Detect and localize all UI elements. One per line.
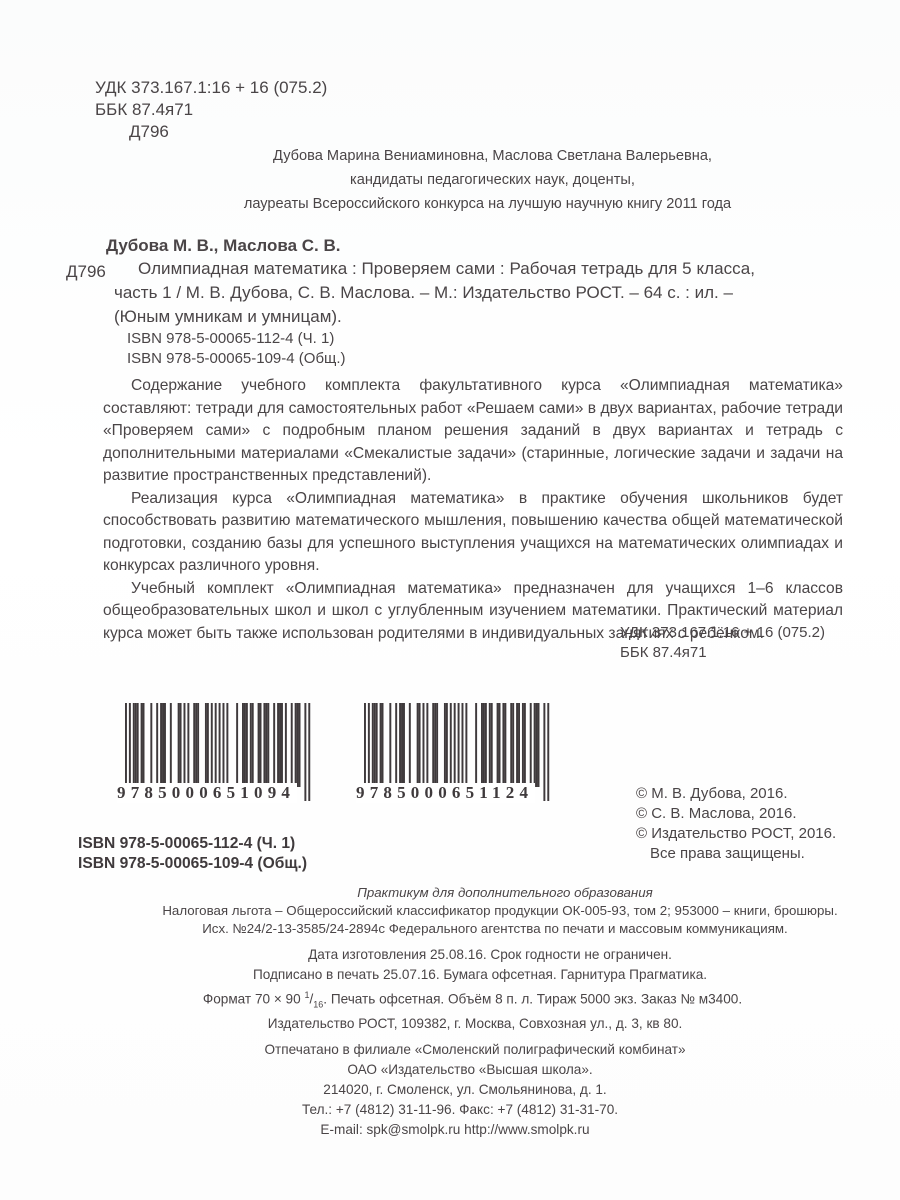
authors-awards: лауреаты Всероссийского конкурса на лучш…: [0, 192, 900, 216]
book-imprint-page: УДК 373.167.1:16 + 16 (075.2) ББК 87.4я7…: [0, 0, 900, 1200]
copyright-line: © Издательство РОСТ, 2016.: [636, 824, 836, 844]
format-suffix: . Печать офсетная. Объём 8 п. л. Тираж 5…: [323, 992, 742, 1007]
copyright-line: © М. В. Дубова, 2016.: [636, 784, 836, 804]
classification-top: УДК 373.167.1:16 + 16 (075.2) ББК 87.4я7…: [95, 77, 327, 143]
bibliography-isbn-part: ISBN 978-5-00065-112-4 (Ч. 1): [114, 329, 755, 349]
annotation-paragraph: Содержание учебного комплекта факультати…: [103, 375, 843, 488]
bibliography-record: Олимпиадная математика : Проверяем сами …: [114, 257, 755, 369]
printer-address: 214020, г. Смоленск, ул. Смольянинова, д…: [0, 1080, 900, 1100]
annotation-paragraph: Реализация курса «Олимпиадная математика…: [103, 488, 843, 578]
tax-note: Налоговая льгота – Общероссийский класси…: [0, 902, 900, 920]
bbk-code-right: ББК 87.4я71: [620, 643, 825, 663]
authors-note: Дубова Марина Вениаминовна, Маслова Свет…: [0, 144, 900, 216]
bibliography-authors: Дубова М. В., Маслова С. В.: [106, 236, 340, 256]
agency-reference: Исх. №24/2-13-3585/24-2894с Федерального…: [0, 920, 900, 938]
copyright-block: © М. В. Дубова, 2016. © С. В. Маслова, 2…: [636, 784, 836, 864]
series-note: Практикум для дополнительного образовани…: [0, 884, 900, 902]
classification-right: УДК 373.167.1:16 + 16 (075.2) ББК 87.4я7…: [620, 623, 825, 663]
signed-to-print: Подписано в печать 25.07.16. Бумага офсе…: [0, 965, 900, 985]
barcode-isbn-total: 9785000651124: [356, 703, 551, 803]
barcode-isbn-part: 9785000651094: [117, 703, 312, 803]
copyright-line: © С. В. Маслова, 2016.: [636, 804, 836, 824]
isbn-total: ISBN 978-5-00065-109-4 (Общ.): [78, 854, 307, 874]
isbn-part: ISBN 978-5-00065-112-4 (Ч. 1): [78, 834, 307, 854]
manufacture-date: Дата изготовления 25.08.16. Срок годност…: [0, 945, 900, 965]
bbk-code: ББК 87.4я71: [95, 99, 327, 121]
printer-web: E-mail: spk@smolpk.ru http://www.smolpk.…: [0, 1120, 900, 1140]
imprint-block: Практикум для дополнительного образовани…: [0, 884, 900, 938]
author-sign: Д796: [95, 121, 327, 143]
format-fraction-num: 1: [304, 990, 309, 1000]
print-info: Дата изготовления 25.08.16. Срок годност…: [0, 945, 900, 1140]
isbn-block: ISBN 978-5-00065-112-4 (Ч. 1) ISBN 978-5…: [78, 834, 307, 874]
bibliography-code: Д796: [66, 262, 106, 282]
barcode-digits: 9785000651094: [117, 783, 297, 803]
rights-reserved: Все права защищены.: [636, 844, 836, 864]
printed-at: Отпечатано в филиале «Смоленский полигра…: [0, 1040, 900, 1060]
format-line: Формат 70 × 90 1/16. Печать офсетная. Об…: [0, 985, 900, 1014]
format-prefix: Формат 70 × 90: [203, 992, 305, 1007]
udk-code-right: УДК 373.167.1:16 + 16 (075.2): [620, 623, 825, 643]
annotation: Содержание учебного комплекта факультати…: [103, 375, 843, 645]
barcode-digits: 9785000651124: [356, 783, 535, 803]
udk-code: УДК 373.167.1:16 + 16 (075.2): [95, 77, 327, 99]
format-fraction-den: 16: [313, 999, 323, 1009]
printer-phone: Тел.: +7 (4812) 31-11-96. Факс: +7 (4812…: [0, 1100, 900, 1120]
authors-degrees: кандидаты педагогических наук, доценты,: [0, 168, 900, 192]
printer-org: ОАО «Издательство «Высшая школа».: [0, 1060, 900, 1080]
bibliography-series: (Юным умникам и умницам).: [114, 305, 755, 329]
authors-full-names: Дубова Марина Вениаминовна, Маслова Свет…: [0, 144, 900, 168]
bibliography-details: часть 1 / М. В. Дубова, С. В. Маслова. –…: [114, 281, 755, 305]
bibliography-isbn-total: ISBN 978-5-00065-109-4 (Общ.): [114, 349, 755, 369]
bibliography-title: Олимпиадная математика : Проверяем сами …: [114, 257, 755, 281]
publisher-address: Издательство РОСТ, 109382, г. Москва, Со…: [0, 1014, 900, 1034]
